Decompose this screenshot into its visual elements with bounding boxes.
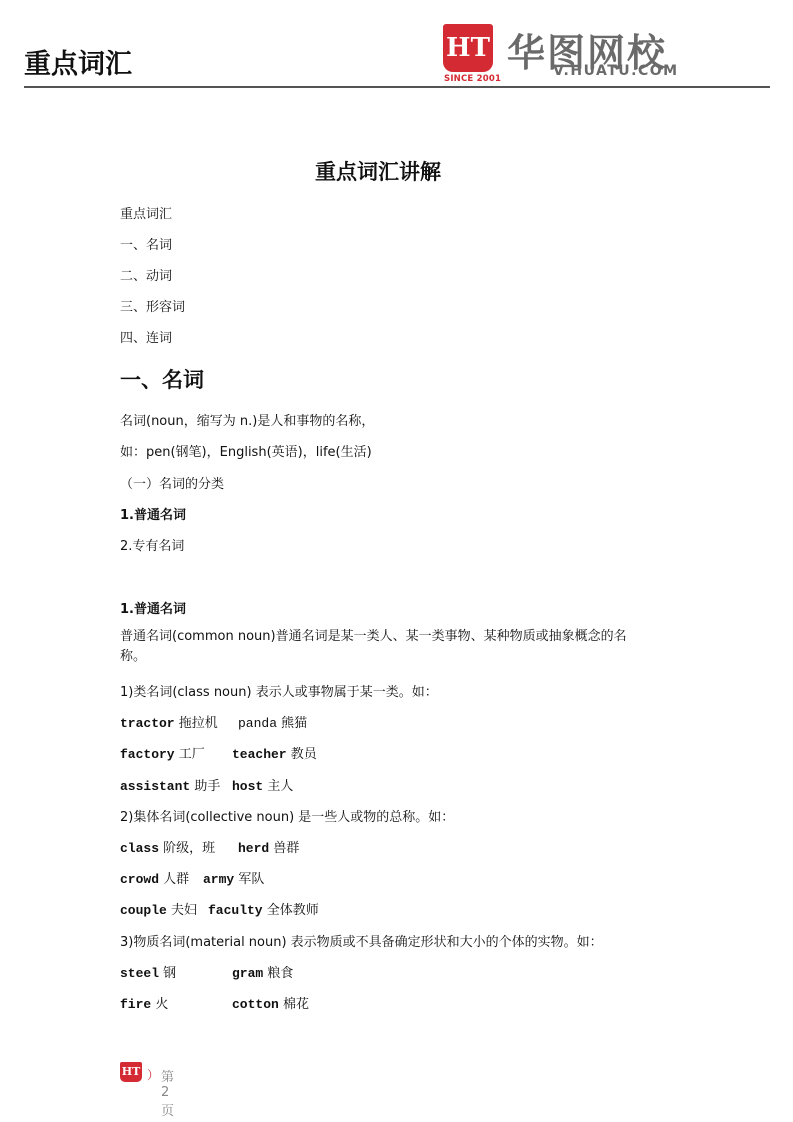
vocab-meaning: 全体教师 [267,903,319,918]
page-number: 第 2 页 [161,1066,174,1119]
header-divider [24,86,770,88]
toc-item: 二、动词 [120,265,172,284]
vocab-meaning: 人群 [163,872,189,887]
huatu-logo: HT SINCE 2001 华图网校 V.HUATU.COM [443,24,703,86]
class-item: 2.专有名词 [120,535,184,554]
vocab-word: faculty [208,903,263,918]
classification-heading: （一）名词的分类 [120,473,224,492]
vocab-meaning: 助手 [194,779,220,794]
vocab-row: assistant 助手 host 主人 [120,775,220,794]
vocab-word: tractor [120,716,175,731]
vocab-word: factory [120,747,175,762]
noun-definition: 名词(noun，缩写为 n.)是人和事物的名称， [120,410,374,429]
vocab-row: tractor 拖拉机 panda 熊猫 [120,712,218,731]
toc-item: 三、形容词 [120,296,185,315]
vocab-meaning: 棉花 [283,997,309,1012]
vocab-word: class [120,841,159,856]
vocab-meaning: 夫妇 [171,903,197,918]
vocab-row: fire 火 cotton 棉花 [120,993,168,1012]
vocab-row: class 阶级，班 herd 兽群 [120,837,215,856]
common-noun-definition: 普通名词(common noun)普通名词是某一类人、某一类事物、某种物质或抽象… [120,627,640,667]
section-heading: 一、名词 [120,364,204,394]
header-title: 重点词汇 [24,42,132,81]
toc-item: 重点词汇 [120,203,172,222]
since-label: SINCE 2001 [444,74,501,84]
vocab-word: assistant [120,779,190,794]
ht-shield-icon: HT [443,24,493,72]
vocab-meaning: 钢 [163,966,176,981]
vocab-meaning: 拖拉机 [179,716,218,731]
vocab-word: steel [120,966,159,981]
vocab-row: steel 钢 gram 粮食 [120,962,176,981]
vocab-word: host [232,779,263,794]
vocab-word: teacher [232,747,287,762]
noun-examples: 如：pen(钢笔)，English(英语)，life(生活) [120,441,372,460]
vocab-meaning: 主人 [267,779,293,794]
brand-url: V.HUATU.COM [553,63,679,79]
vocab-meaning: 工厂 [179,747,205,762]
vocab-word: gram [232,966,263,981]
toc-item: 四、连词 [120,327,172,346]
toc-item: 一、名词 [120,234,172,253]
document-title: 重点词汇讲解 [0,156,756,186]
vocab-row: factory 工厂 teacher 教员 [120,743,205,762]
vocab-word: army [203,872,234,887]
vocab-word: crowd [120,872,159,887]
vocab-word: panda [238,716,277,731]
ht-shield-icon: HT [120,1062,142,1082]
material-noun-heading: 3)物质名词(material noun) 表示物质或不具备确定形状和大小的个体… [120,931,603,950]
collective-noun-heading: 2)集体名词(collective noun) 是一些人或物的总称。如： [120,806,454,825]
vocab-meaning: 兽群 [273,841,299,856]
vocab-word: cotton [232,997,279,1012]
common-noun-heading: 1.普通名词 [120,598,186,617]
vocab-meaning: 军队 [238,872,264,887]
class-noun-heading: 1)类名词(class noun) 表示人或事物属于某一类。如： [120,681,438,700]
vocab-meaning: 阶级，班 [163,841,215,856]
class-item: 1.普通名词 [120,504,186,523]
vocab-word: fire [120,997,151,1012]
vocab-meaning: 熊猫 [281,716,307,731]
vocab-row: couple 夫妇 faculty 全体教师 [120,899,197,918]
vocab-word: herd [238,841,269,856]
vocab-word: couple [120,903,167,918]
vocab-row: crowd 人群 army 军队 [120,868,189,887]
bracket-decoration: ） [147,1066,159,1083]
vocab-meaning: 粮食 [267,966,293,981]
vocab-meaning: 教员 [291,747,317,762]
vocab-meaning: 火 [155,997,168,1012]
